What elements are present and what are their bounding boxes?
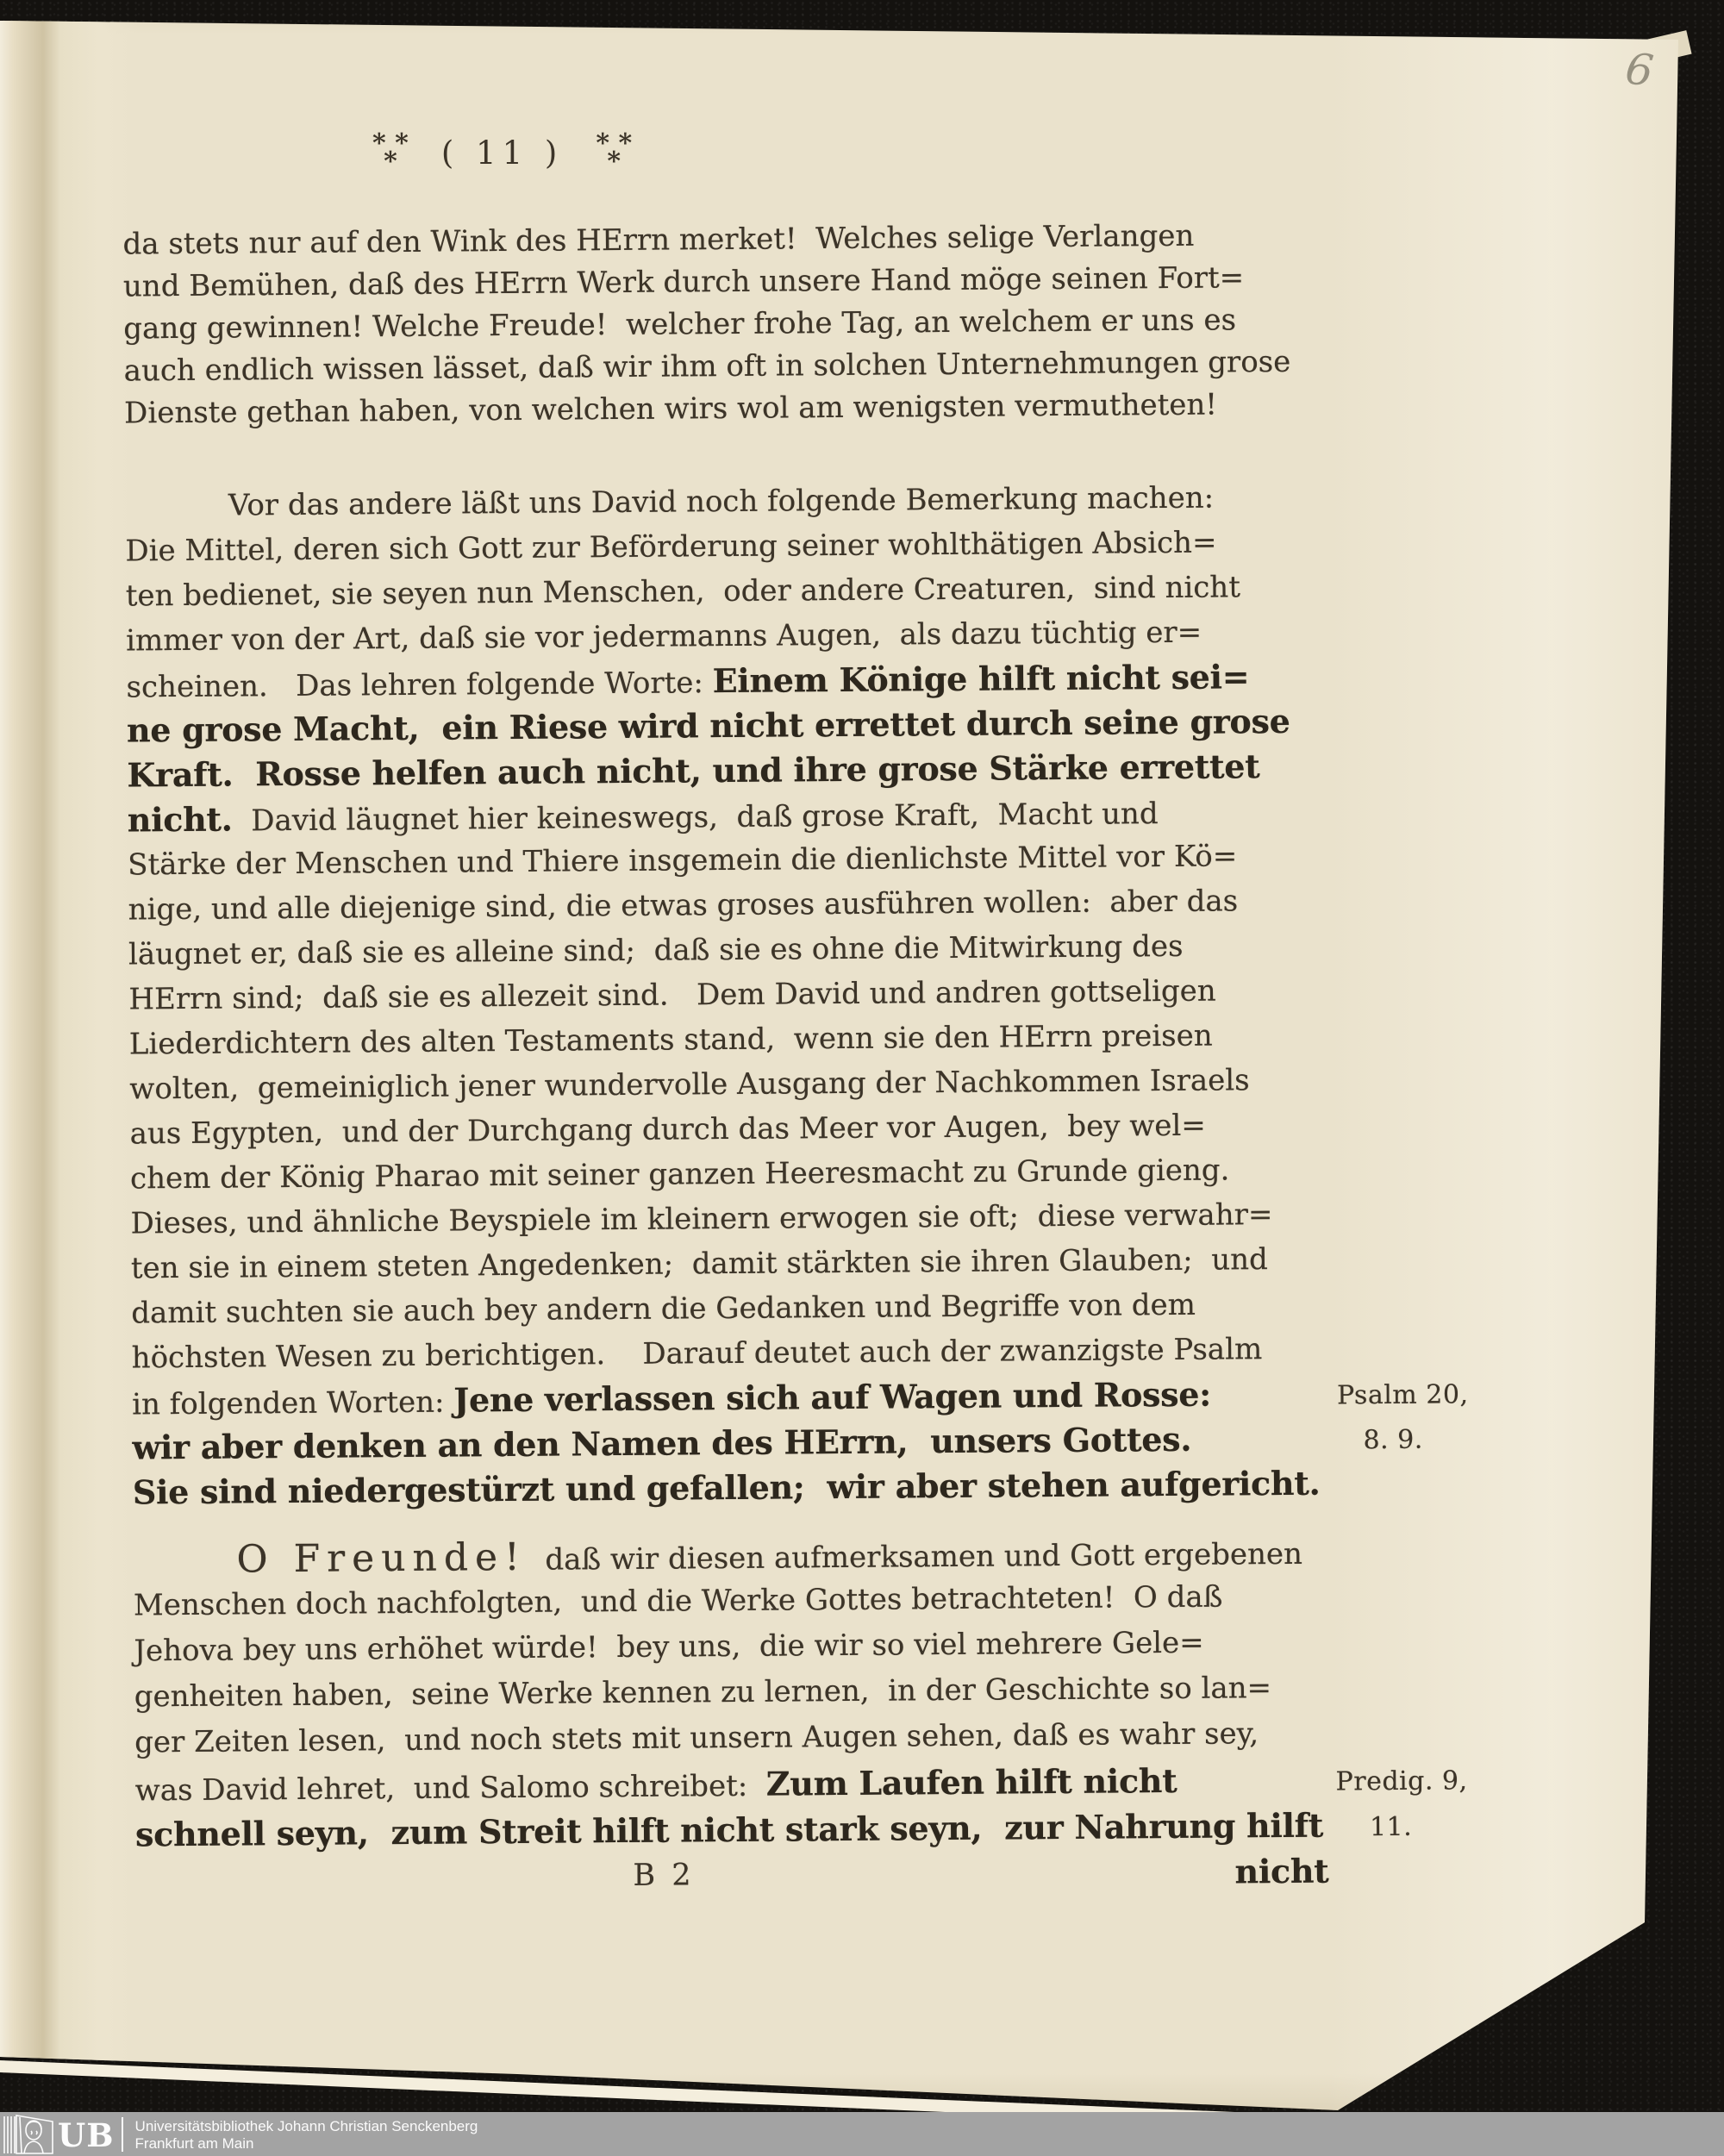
- text-segment: auch endlich wissen lässet, daß wir ihm …: [124, 345, 1291, 389]
- text-segment: daß wir diesen aufmerksamen und Gott erg…: [527, 1537, 1302, 1578]
- library-caption: Universitätsbibliothek Johann Christian …: [135, 2118, 478, 2153]
- handwritten-folio-number: 6: [1623, 43, 1657, 96]
- text-segment: Die Mittel, deren sich Gott zur Beförder…: [125, 526, 1216, 569]
- scan-viewport: * * * ( 11 ) * * * 6 da stets nur auf de…: [0, 0, 1724, 2156]
- text-segment: HErrn sind; daß sie es allezeit sind. De…: [128, 974, 1216, 1017]
- text-segment: aus Egypten, und der Durchgang durch das…: [130, 1109, 1206, 1152]
- library-logo: UB: [0, 2112, 135, 2156]
- text-segment: ger Zeiten lesen, und noch stets mit uns…: [134, 1716, 1259, 1759]
- text-segment: Dieses, und ähnliche Beyspiele im kleine…: [130, 1197, 1272, 1240]
- text-segment: Sie sind niedergestürzt und gefallen; wi…: [133, 1464, 1321, 1512]
- marginal-note: Predig. 9,: [1335, 1758, 1467, 1804]
- library-watermark-bar: UB Universitätsbibliothek Johann Christi…: [0, 2112, 1724, 2156]
- text-segment: ten sie in einem steten Angedenken; dami…: [131, 1242, 1268, 1285]
- text-segment: läugnet er, daß sie es alleine sind; daß…: [128, 929, 1184, 972]
- ornament-row: *: [384, 154, 397, 171]
- ornament-row: *: [607, 154, 621, 171]
- text-segment: Jehova bey uns erhöhet würde! bey uns, d…: [134, 1626, 1204, 1669]
- text-segment: ten bedienet, sie seyen nun Menschen, od…: [126, 570, 1240, 613]
- text-segment: Menschen doch nachfolgten, und die Werke…: [134, 1580, 1223, 1623]
- text-line: Dienste gethan haben, von welchen wirs w…: [124, 384, 1322, 435]
- text-segment: nicht.: [128, 800, 233, 840]
- signature-mark: B 2: [633, 1853, 695, 1899]
- text-segment: gang gewinnen! Welche Freude! welcher fr…: [123, 303, 1236, 346]
- text-segment: höchsten Wesen zu berichtigen. Darauf de…: [132, 1332, 1263, 1375]
- scanned-page: * * * ( 11 ) * * * 6 da stets nur auf de…: [0, 0, 1724, 2121]
- text-segment: David läugnet hier keineswegs, daß grose…: [232, 797, 1158, 838]
- text-segment: Liederdichtern des alten Testaments stan…: [129, 1019, 1213, 1062]
- text-segment: chem der König Pharao mit seiner ganzen …: [130, 1153, 1230, 1196]
- text-segment: in folgenden Worten:: [132, 1385, 453, 1422]
- signature-line: B 2nicht: [135, 1848, 1334, 1903]
- text-segment: immer von der Art, daß sie vor jedermann…: [126, 616, 1202, 659]
- book-portrait-icon: [3, 2114, 56, 2155]
- page-header: * * * ( 11 ) * * *: [372, 134, 632, 172]
- marginal-note: 8. 9.: [1363, 1418, 1423, 1464]
- text-segment: Kraft. Rosse helfen auch nicht, und ihre…: [127, 747, 1259, 794]
- text-segment: was David lehret, und Salomo schreibet:: [134, 1769, 766, 1809]
- text-segment: Stärke der Menschen und Thiere insgemein…: [128, 839, 1237, 882]
- text-segment: und Bemühen, daß des HErrn Werk durch un…: [123, 260, 1245, 303]
- text-segment: Dienste gethan haben, von welchen wirs w…: [124, 388, 1217, 431]
- text-segment: da stets nur auf den Wink des HErrn merk…: [122, 219, 1194, 262]
- text-segment: scheinen. Das lehren folgende Worte:: [126, 666, 712, 704]
- catchword: nicht: [1234, 1848, 1328, 1895]
- marginal-note: 11.: [1370, 1804, 1413, 1850]
- text-segment: damit suchten sie auch bey andern die Ge…: [131, 1288, 1196, 1331]
- page-number: ( 11 ): [441, 134, 563, 172]
- text-segment: wir aber denken an den Namen des HErrn, …: [132, 1420, 1191, 1467]
- asterism-ornament-left: * * *: [372, 136, 409, 170]
- text-block: da stets nur auf den Wink des HErrn merk…: [122, 215, 1334, 1903]
- text-segment: wolten, gemeiniglich jener wundervolle A…: [129, 1063, 1250, 1106]
- text-segment: Jene verlassen sich auf Wagen und Rosse:: [453, 1375, 1211, 1420]
- text-segment: genheiten haben, seine Werke kennen zu l…: [134, 1671, 1272, 1714]
- text-segment: schnell seyn, zum Streit hilft nicht sta…: [135, 1806, 1323, 1854]
- library-name: Universitätsbibliothek Johann Christian …: [135, 2118, 478, 2135]
- text-segment: nige, und alle diejenige sind, die etwas…: [128, 884, 1238, 927]
- text-line: Sie sind niedergestürzt und gefallen; wi…: [133, 1461, 1331, 1515]
- text-segment: Einem Könige hilft nicht sei=: [712, 657, 1249, 700]
- library-city: Frankfurt am Main: [135, 2135, 478, 2153]
- paragraph: da stets nur auf den Wink des HErrn merk…: [122, 215, 1322, 435]
- text-segment: ne grose Macht, ein Riese wird nicht err…: [127, 702, 1290, 750]
- ub-logo-text: UB: [58, 2120, 115, 2152]
- text-segment: Zum Laufen hilft nicht: [766, 1761, 1177, 1803]
- paragraph: Vor das andere läßt uns David noch folge…: [125, 475, 1331, 1515]
- marginal-note: Psalm 20,: [1337, 1372, 1469, 1418]
- asterism-ornament-right: * * *: [596, 136, 632, 170]
- text-segment: Vor das andere läßt uns David noch folge…: [228, 481, 1214, 523]
- logo-divider: [122, 2117, 123, 2152]
- paragraph: O Freunde! daß wir diesen aufmerksamen u…: [133, 1528, 1334, 1903]
- text-segment: O Freunde!: [236, 1535, 527, 1582]
